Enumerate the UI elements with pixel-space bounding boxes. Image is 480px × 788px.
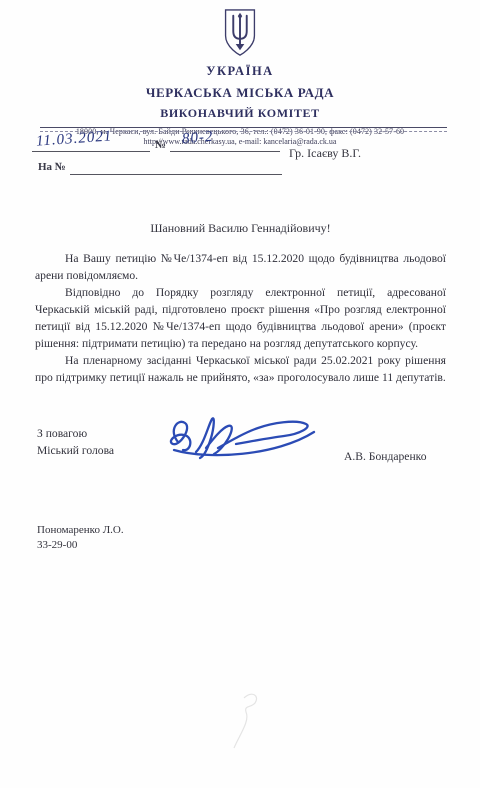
- letterhead-organization: ЧЕРКАСЬКА МІСЬКА РАДА: [0, 85, 480, 101]
- number-underline: [170, 151, 280, 152]
- recipient-name: Гр. Ісаєву В.Г.: [289, 146, 361, 161]
- closing-phrase: З повагою: [37, 427, 87, 440]
- body-paragraph: На пленарному засіданні Черкаської міськ…: [35, 352, 446, 386]
- executor-name: Пономаренко Л.О.: [37, 524, 124, 536]
- letterhead-department: ВИКОНАВЧИЙ КОМІТЕТ: [0, 106, 480, 121]
- reply-to-number-underline: [70, 174, 282, 175]
- handwritten-outgoing-number: 80-2: [181, 129, 214, 149]
- date-underline: [32, 151, 150, 152]
- body-paragraph: Відповідно до Порядку розгляду електронн…: [35, 284, 446, 352]
- letter-body: Шановний Василю Геннадійовичу! На Вашу п…: [35, 221, 446, 386]
- salutation: Шановний Василю Геннадійовичу!: [35, 221, 446, 236]
- scanned-letter-page: УКРАЇНА ЧЕРКАСЬКА МІСЬКА РАДА ВИКОНАВЧИЙ…: [0, 0, 480, 788]
- handwritten-signature-icon: [148, 406, 328, 468]
- signer-title: Міський голова: [37, 444, 114, 457]
- letterhead-country: УКРАЇНА: [0, 64, 480, 79]
- scan-artifact: [222, 688, 276, 754]
- body-paragraph: На Вашу петицію №Че/1374-еп від 15.12.20…: [35, 250, 446, 284]
- letterhead: УКРАЇНА ЧЕРКАСЬКА МІСЬКА РАДА ВИКОНАВЧИЙ…: [0, 8, 480, 146]
- executor-phone: 33-29-00: [37, 539, 77, 551]
- signer-name: А.В. Бондаренко: [344, 450, 427, 463]
- reply-to-number-label: На №: [38, 161, 66, 173]
- ukraine-trident-emblem-icon: [220, 8, 260, 58]
- number-sign-label: №: [155, 139, 166, 151]
